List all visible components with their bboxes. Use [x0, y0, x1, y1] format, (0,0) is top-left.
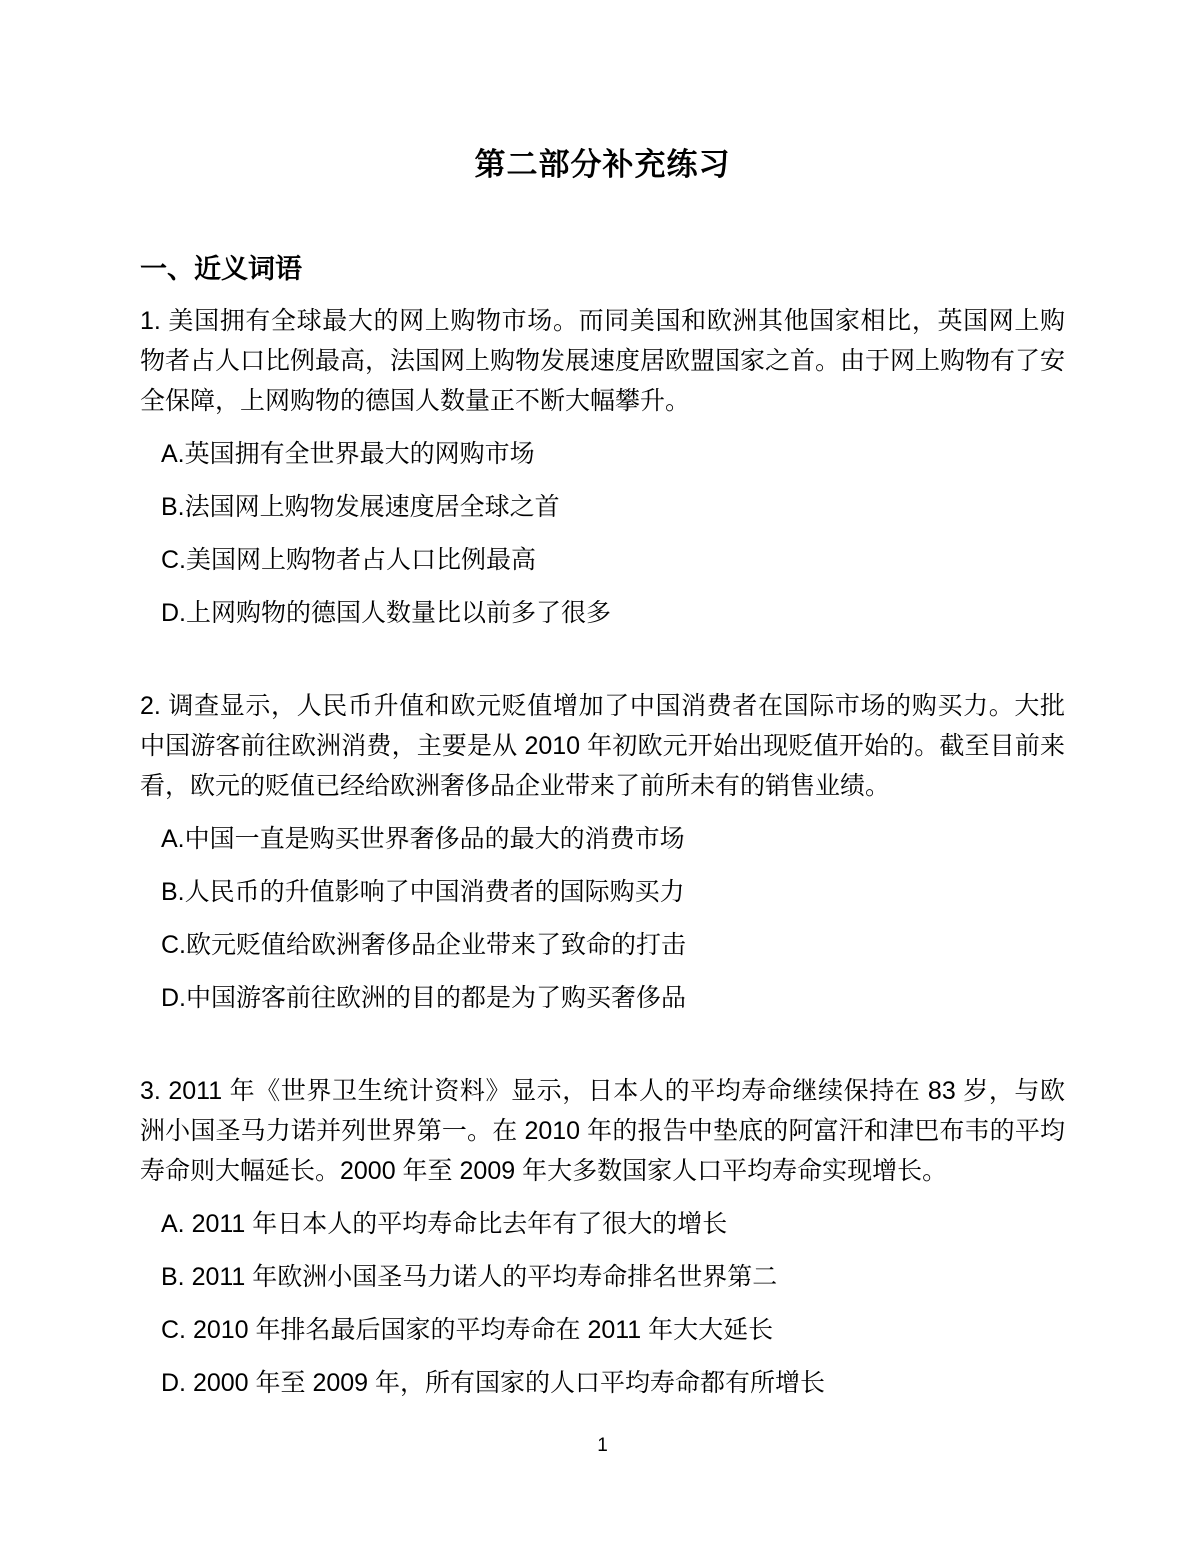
question-3-option-c: C. 2010 年排名最后国家的平均寿命在 2011 年大大延长 [140, 1310, 1065, 1350]
question-3-option-d: D. 2000 年至 2009 年，所有国家的人口平均寿命都有所增长 [140, 1363, 1065, 1403]
question-1-stem: 1. 美国拥有全球最大的网上购物市场。而同美国和欧洲其他国家相比，英国网上购物者… [140, 301, 1065, 421]
question-1-options: A.英国拥有全世界最大的网购市场 B.法国网上购物发展速度居全球之首 C.美国网… [140, 434, 1065, 633]
question-3: 3. 2011 年《世界卫生统计资料》显示，日本人的平均寿命继续保持在 83 岁… [140, 1071, 1065, 1403]
question-2-options: A.中国一直是购买世界奢侈品的最大的消费市场 B.人民币的升值影响了中国消费者的… [140, 819, 1065, 1018]
question-1-option-b: B.法国网上购物发展速度居全球之首 [140, 487, 1065, 527]
question-1-option-d: D.上网购物的德国人数量比以前多了很多 [140, 593, 1065, 633]
question-1: 1. 美国拥有全球最大的网上购物市场。而同美国和欧洲其他国家相比，英国网上购物者… [140, 301, 1065, 633]
question-1-option-a: A.英国拥有全世界最大的网购市场 [140, 434, 1065, 474]
page-number: 1 [140, 1433, 1065, 1459]
section-heading: 一、近义词语 [140, 249, 1065, 289]
document-title: 第二部分补充练习 [140, 143, 1065, 186]
question-3-options: A. 2011 年日本人的平均寿命比去年有了很大的增长 B. 2011 年欧洲小… [140, 1204, 1065, 1403]
question-2-option-b: B.人民币的升值影响了中国消费者的国际购买力 [140, 872, 1065, 912]
document-page: 第二部分补充练习 一、近义词语 1. 美国拥有全球最大的网上购物市场。而同美国和… [0, 0, 1200, 1553]
question-1-option-c: C.美国网上购物者占人口比例最高 [140, 540, 1065, 580]
question-3-option-b: B. 2011 年欧洲小国圣马力诺人的平均寿命排名世界第二 [140, 1257, 1065, 1297]
question-2-option-c: C.欧元贬值给欧洲奢侈品企业带来了致命的打击 [140, 925, 1065, 965]
question-2: 2. 调查显示，人民币升值和欧元贬值增加了中国消费者在国际市场的购买力。大批中国… [140, 686, 1065, 1018]
question-3-option-a: A. 2011 年日本人的平均寿命比去年有了很大的增长 [140, 1204, 1065, 1244]
question-2-option-d: D.中国游客前往欧洲的目的都是为了购买奢侈品 [140, 978, 1065, 1018]
question-3-stem: 3. 2011 年《世界卫生统计资料》显示，日本人的平均寿命继续保持在 83 岁… [140, 1071, 1065, 1191]
question-2-option-a: A.中国一直是购买世界奢侈品的最大的消费市场 [140, 819, 1065, 859]
question-2-stem: 2. 调查显示，人民币升值和欧元贬值增加了中国消费者在国际市场的购买力。大批中国… [140, 686, 1065, 806]
